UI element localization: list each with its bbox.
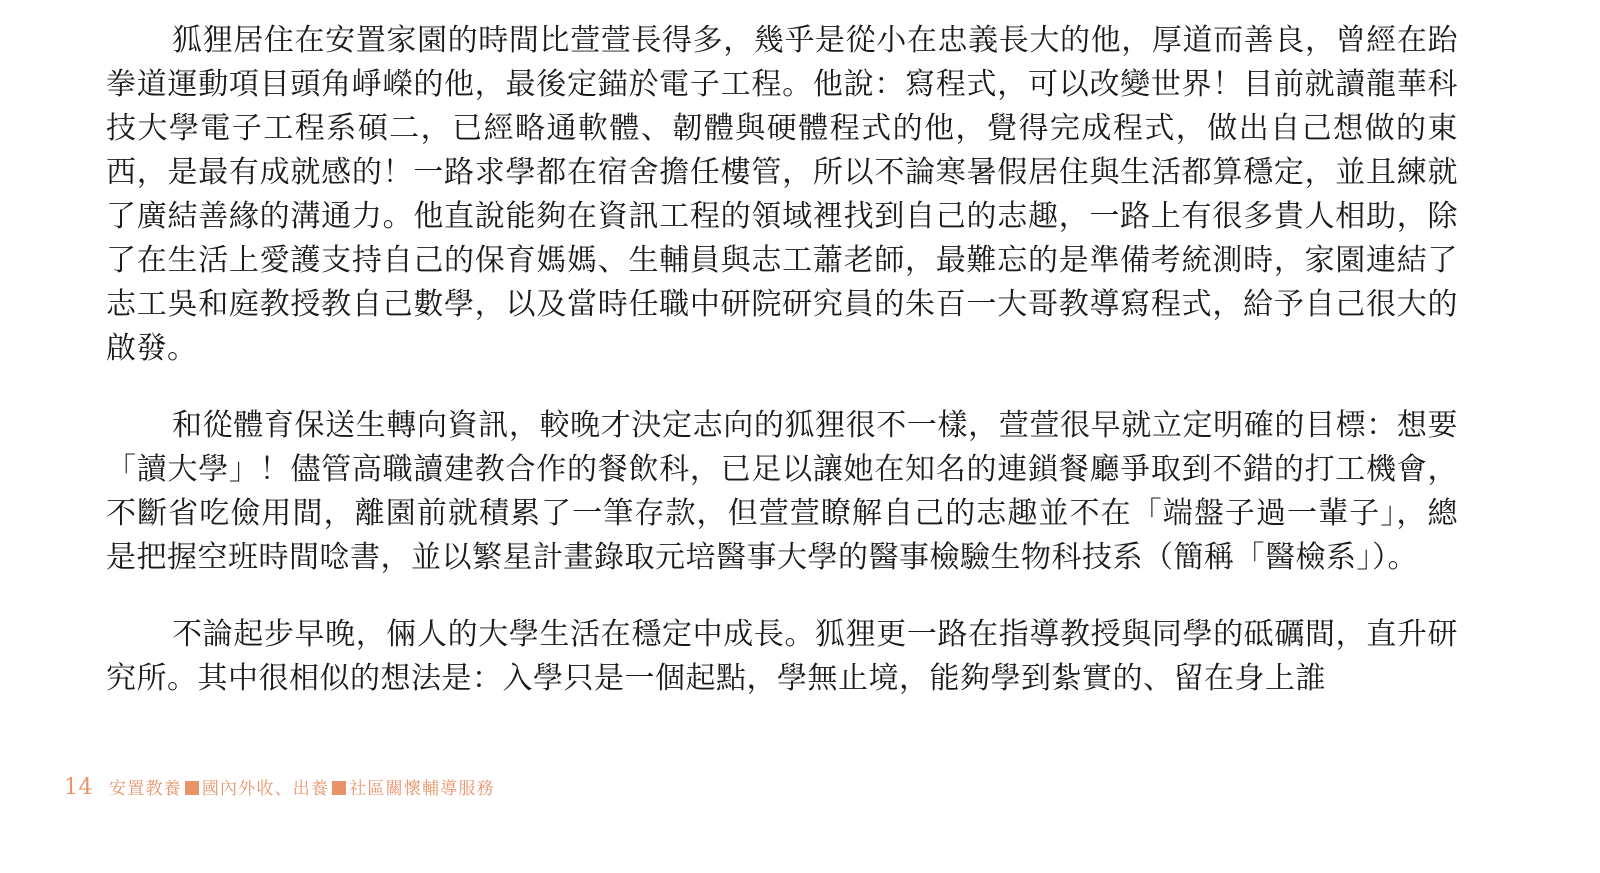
page-footer: 14 安置教養 國內外收、出養 社區關懷輔導服務 bbox=[64, 774, 495, 800]
section-label-placement-care: 安置教養 bbox=[109, 774, 182, 799]
section-trail: 安置教養 國內外收、出養 社區關懷輔導服務 bbox=[109, 774, 495, 799]
page-number: 14 bbox=[64, 775, 93, 800]
paragraph-1: 狐狸居住在安置家園的時間比萱萱長得多，幾乎是從小在忠義長大的他，厚道而善良，曾經… bbox=[106, 19, 1458, 371]
square-separator-icon bbox=[185, 781, 199, 795]
square-separator-icon bbox=[332, 781, 346, 795]
paragraph-2: 和從體育保送生轉向資訊，較晚才決定志向的狐狸很不一樣，萱萱很早就立定明確的目標：… bbox=[106, 404, 1458, 580]
section-label-adoption: 國內外收、出養 bbox=[202, 774, 329, 799]
section-label-community-care: 社區關懷輔導服務 bbox=[349, 774, 495, 799]
paragraph-3: 不論起步早晚，倆人的大學生活在穩定中成長。狐狸更一路在指導教授與同學的砥礪間，直… bbox=[106, 613, 1458, 701]
article-body: 狐狸居住在安置家園的時間比萱萱長得多，幾乎是從小在忠義長大的他，厚道而善良，曾經… bbox=[106, 19, 1458, 701]
